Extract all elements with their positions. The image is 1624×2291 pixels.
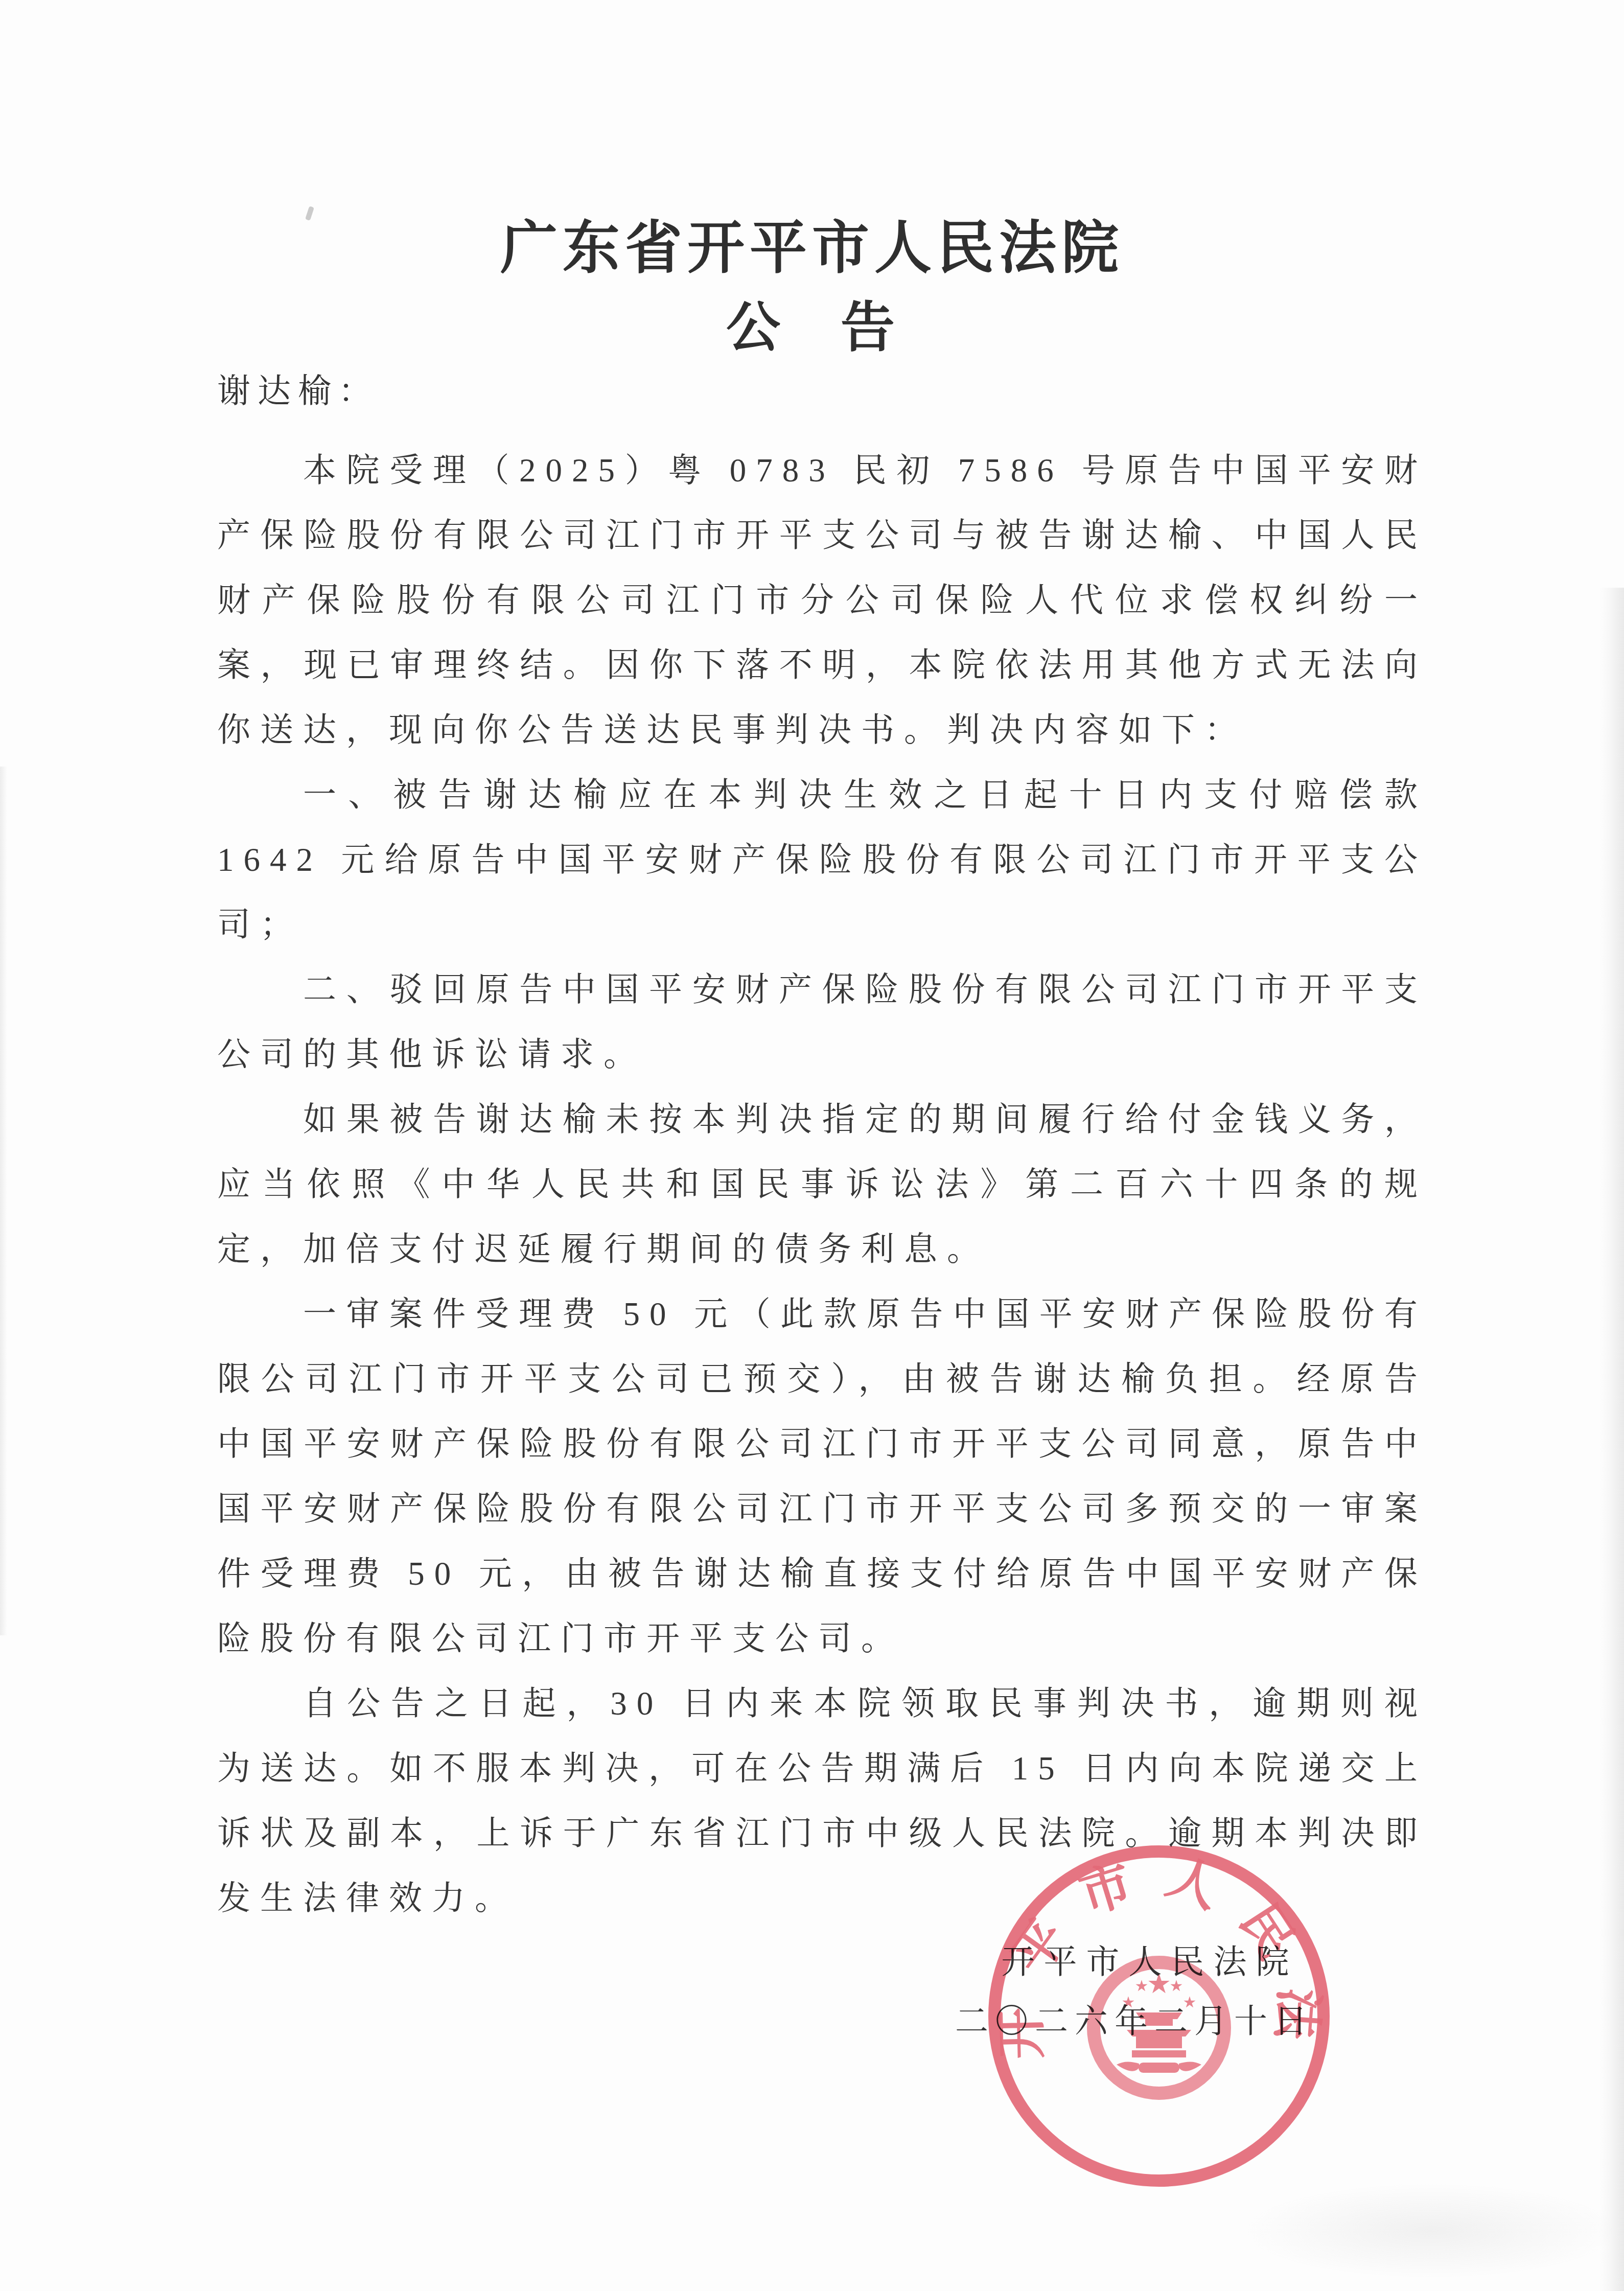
official-seal: 开平市人民法院 ★ ★ ★ ★ ★ bbox=[983, 1840, 1335, 2192]
paragraph-late-payment-clause: 如果被告谢达榆未按本判决指定的期间履行给付金钱义务，应当依照《中华人民共和国民事… bbox=[217, 1087, 1427, 1282]
paragraph-case-summary: 本院受理（2025）粤 0783 民初 7586 号原告中国平安财产保险股份有限… bbox=[217, 438, 1427, 763]
emblem-small-star-icon: ★ bbox=[1122, 1994, 1135, 2011]
emblem-small-star-icon: ★ bbox=[1135, 1977, 1149, 1995]
national-emblem-icon: ★ ★ ★ ★ ★ bbox=[1094, 1962, 1224, 2093]
emblem-small-star-icon: ★ bbox=[1170, 1977, 1184, 1995]
scan-noise-right-edge bbox=[1591, 588, 1624, 2291]
salutation-recipient: 谢达榆： bbox=[217, 364, 379, 412]
emblem-big-star-icon: ★ bbox=[1147, 1968, 1171, 2000]
paragraph-judgment-item-2: 二、驳回原告中国平安财产保险股份有限公司江门市开平支公司的其他诉讼请求。 bbox=[217, 958, 1427, 1087]
scan-smudge-bottom-right bbox=[1242, 2182, 1620, 2279]
notice-title: 公 告 bbox=[0, 284, 1624, 362]
scan-noise-left-edge bbox=[0, 767, 7, 1635]
page-title-court-name: 广东省开平市人民法院 bbox=[0, 202, 1624, 285]
paragraph-court-fees: 一审案件受理费 50 元（此款原告中国平安财产保险股份有限公司江门市开平支公司已… bbox=[217, 1282, 1427, 1672]
scanned-court-notice: 广东省开平市人民法院 公 告 谢达榆： 本院受理（2025）粤 0783 民初 … bbox=[0, 0, 1624, 2291]
paragraph-judgment-item-1: 一、被告谢达榆应在本判决生效之日起十日内支付赔偿款 1642 元给原告中国平安财… bbox=[217, 763, 1427, 958]
notice-body: 本院受理（2025）粤 0783 民初 7586 号原告中国平安财产保险股份有限… bbox=[217, 438, 1427, 1931]
emblem-small-star-icon: ★ bbox=[1183, 1994, 1197, 2011]
